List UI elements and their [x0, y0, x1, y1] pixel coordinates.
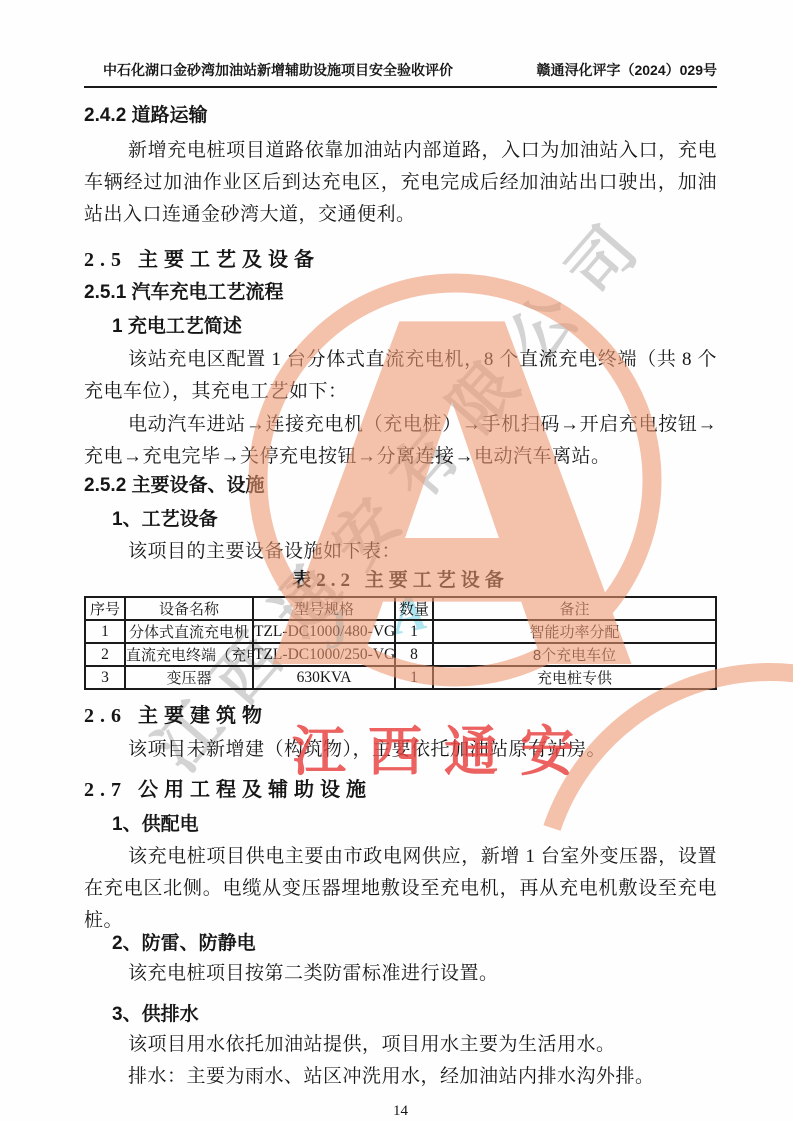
paragraph-power-supply: 该充电桩项目供电主要由市政电网供应，新增 1 台室外变压器，设置在充电区北侧。电… [84, 841, 717, 937]
cell-name: 直流充电终端（充电桩） [125, 643, 253, 666]
paragraph-water-supply: 该项目用水依托加油站提供，项目用水主要为生活用水。 [84, 1029, 717, 1061]
section-heading-2-5-2: 2.5.2 主要设备、设施 [84, 473, 717, 499]
section-heading-2-7: 2.7 公用工程及辅助设施 [84, 777, 717, 804]
cell-name: 变压器 [125, 666, 253, 689]
cell-model: TZL-DC1000/250-VGX [253, 643, 395, 666]
header-doc-number: 赣通浔化评字（2024）029号 [536, 60, 717, 80]
cell-qty: 1 [395, 620, 433, 643]
table-header-row: 序号 设备名称 型号规格 数量 备注 [85, 597, 716, 620]
col-header-model: 型号规格 [253, 597, 395, 620]
table-title: 表2.2 主要工艺设备 [84, 569, 717, 593]
paragraph-charging-config: 该站充电区配置 1 台分体式直流充电机，8 个直流充电终端（共 8 个充电车位）… [84, 344, 717, 408]
header-title: 中石化湖口金砂湾加油站新增辅助设施项目安全验收评价 [103, 60, 453, 80]
paragraph-equipment-intro: 该项目的主要设备设施如下表： [84, 536, 717, 568]
col-header-index: 序号 [85, 597, 125, 620]
cell-index: 1 [85, 620, 125, 643]
paragraph-road-transport: 新增充电桩项目道路依靠加油站内部道路，入口为加油站入口，充电车辆经过加油作业区后… [84, 135, 717, 231]
cell-remark: 8个充电车位 [433, 643, 716, 666]
paragraph-charging-flow: 电动汽车进站→连接充电机（充电桩）→手机扫码→开启充电按钮→充电→充电完毕→关停… [84, 409, 717, 473]
paragraph-lightning: 该充电桩项目按第二类防雷标准进行设置。 [84, 958, 717, 990]
document-content: 中石化湖口金砂湾加油站新增辅助设施项目安全验收评价 赣通浔化评字（2024）02… [84, 0, 717, 1120]
equipment-table: 序号 设备名称 型号规格 数量 备注 1 分体式直流充电机 TZL-DC1000… [84, 596, 717, 690]
cell-qty: 8 [395, 643, 433, 666]
cell-remark: 充电桩专供 [433, 666, 716, 689]
paragraph-drainage: 排水：主要为雨水、站区冲洗用水，经加油站内排水沟外排。 [84, 1061, 717, 1093]
cell-index: 2 [85, 643, 125, 666]
cell-index: 3 [85, 666, 125, 689]
subheading-lightning: 2、防雷、防静电 [84, 931, 717, 956]
cell-qty: 1 [395, 666, 433, 689]
section-heading-2-5-1: 2.5.1 汽车充电工艺流程 [84, 280, 717, 306]
col-header-remark: 备注 [433, 597, 716, 620]
section-heading-2-6: 2.6 主要建筑物 [84, 703, 717, 730]
document-page: 江西通安有限公司 JA 中石化湖口金砂湾加油站新增辅助设施项目安全验收评价 赣通… [0, 0, 793, 1122]
cell-remark: 智能功率分配 [433, 620, 716, 643]
section-heading-2-5: 2.5 主要工艺及设备 [84, 247, 717, 274]
table-row: 2 直流充电终端（充电桩） TZL-DC1000/250-VGX 8 8个充电车… [85, 643, 716, 666]
table-row: 1 分体式直流充电机 TZL-DC1000/480-VGX 1 智能功率分配 [85, 620, 716, 643]
section-heading-2-4-2: 2.4.2 道路运输 [84, 103, 717, 129]
subheading-process-equipment: 1、工艺设备 [84, 507, 717, 532]
col-header-name: 设备名称 [125, 597, 253, 620]
page-number: 14 [84, 1103, 717, 1120]
col-header-qty: 数量 [395, 597, 433, 620]
subheading-charging-process: 1 充电工艺简述 [84, 314, 717, 339]
cell-model: TZL-DC1000/480-VGX [253, 620, 395, 643]
table-row: 3 变压器 630KVA 1 充电桩专供 [85, 666, 716, 689]
cell-model: 630KVA [253, 666, 395, 689]
subheading-water: 3、供排水 [84, 1002, 717, 1027]
subheading-power-supply: 1、供配电 [84, 812, 717, 837]
cell-name: 分体式直流充电机 [125, 620, 253, 643]
paragraph-buildings: 该项目未新增建（构筑物），主要依托加油站原有站房。 [84, 734, 717, 766]
page-header: 中石化湖口金砂湾加油站新增辅助设施项目安全验收评价 赣通浔化评字（2024）02… [84, 60, 717, 88]
